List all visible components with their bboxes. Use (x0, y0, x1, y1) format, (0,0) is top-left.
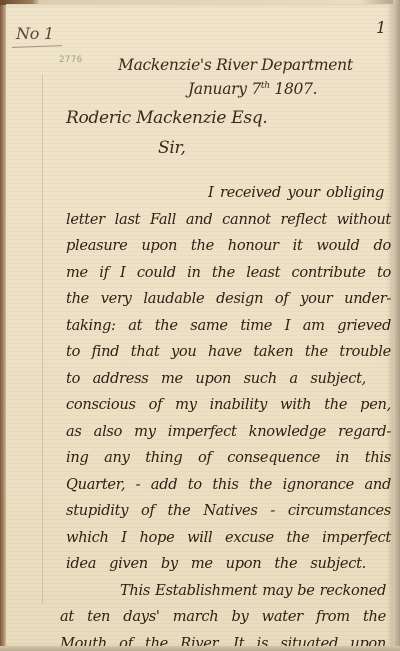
body-line: stupidity of the Natives - circumstances (66, 502, 391, 519)
addressee: Roderic Mackenzie Esq. (66, 108, 268, 128)
page-right-edge (393, 0, 400, 651)
body-line: as also my imperfect knowledge regard- (66, 423, 391, 440)
body-line: me if I could in the least contribute to (66, 264, 391, 281)
body-line: This Establishment may be reckoned (120, 582, 386, 599)
body-line: which I hope will excuse the imperfect (66, 529, 391, 546)
body-line: I received your obliging (208, 184, 384, 201)
body-line: conscious of my inability with the pen, (66, 396, 391, 413)
archive-stamp: 2776 (59, 55, 83, 65)
letter-date: January 7th 1807. (188, 80, 317, 98)
page-bottom-edge (0, 646, 400, 651)
body-line: at ten days' march by water from the (60, 608, 386, 625)
manuscript-page: No 1 1 2776 Mackenzie's River Department… (6, 4, 393, 647)
body-line: taking: at the same time I am grieved (66, 317, 391, 334)
folio-underline (12, 45, 62, 48)
body-line: idea given by me upon the subject. (66, 555, 366, 572)
body-line: letter last Fall and cannot reflect with… (66, 211, 391, 228)
body-line: to find that you have taken the trouble (66, 343, 391, 360)
date-month-day: January 7 (188, 80, 261, 98)
margin-rule (42, 74, 43, 604)
body-line: Quarter, - add to this the ignorance and (66, 476, 391, 493)
page-number: 1 (376, 18, 386, 37)
manuscript-scan: No 1 1 2776 Mackenzie's River Department… (0, 0, 400, 651)
salutation: Sir, (158, 138, 186, 158)
body-line: pleasure upon the honour it would do (66, 237, 391, 254)
body-line: ing any thing of consequence in this (66, 449, 391, 466)
date-year: 1807. (274, 80, 317, 98)
date-suffix: th (261, 81, 270, 91)
body-line: to address me upon such a subject, (66, 370, 366, 387)
body-line: the very laudable design of your under- (66, 290, 391, 307)
folio-label: No 1 (16, 24, 54, 43)
letter-place-heading: Mackenzie's River Department (118, 56, 353, 74)
